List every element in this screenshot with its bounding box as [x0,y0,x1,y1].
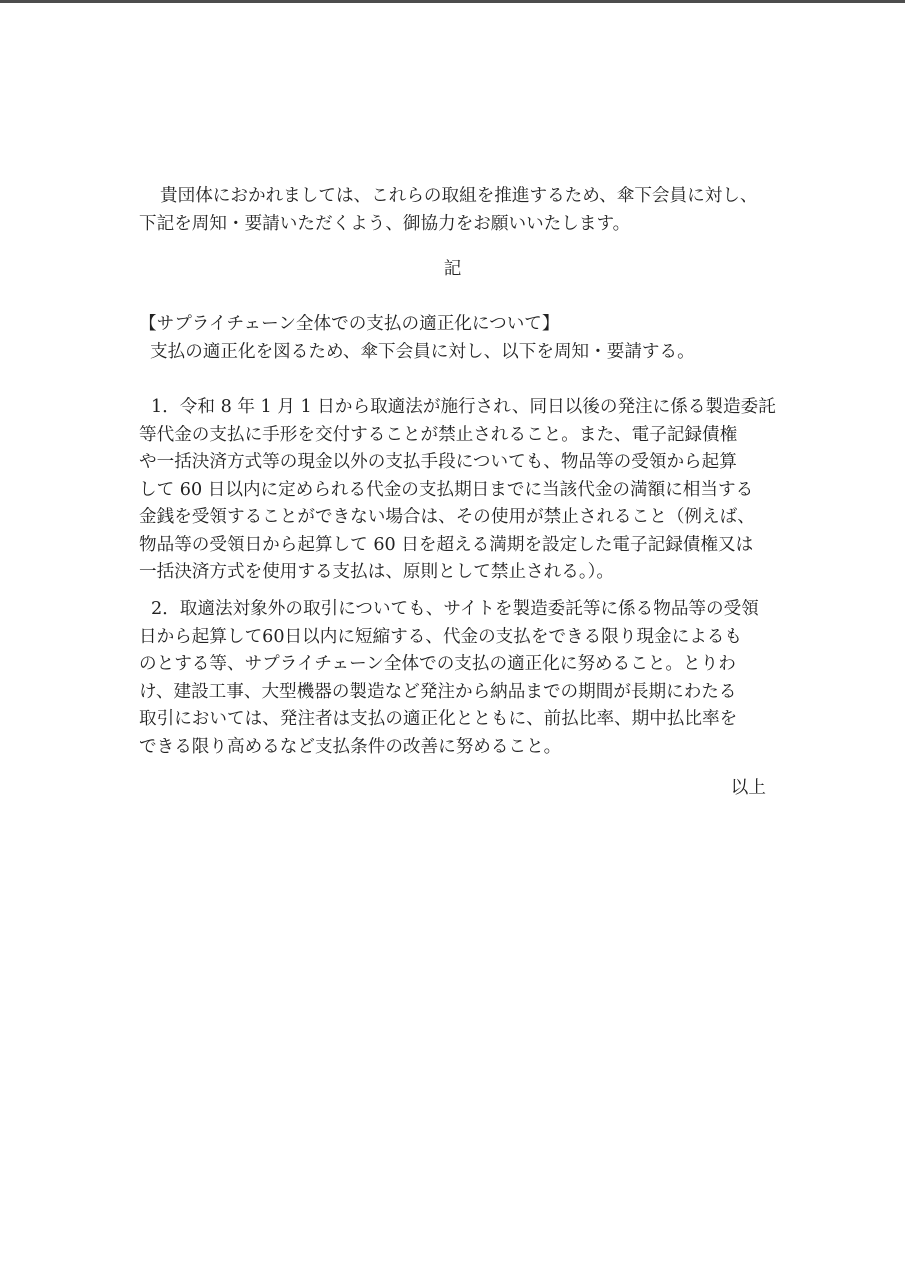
item2-line-4: け、建設工事、大型機器の製造など発注から納品までの期間が長期にわたる [139,679,766,707]
closing-marker: 以上 [139,775,766,803]
item1-line-1: 1．令和 8 年 1 月 1 日から取適法が施行され、同日以後の発注に係る製造委… [139,394,766,422]
intro-line-2: 下記を周知・要請いただくよう、御協力をお願いいたします。 [139,211,766,239]
record-marker: 記 [139,256,766,284]
item1-line-4: して 60 日以内に定められる代金の支払期日までに当該代金の満額に相当する [139,477,766,505]
item2-line-6: できる限り高めるなど支払条件の改善に努めること。 [139,734,766,762]
item2-line-2: 日から起算して60日以内に短縮する、代金の支払をできる限り現金によるも [139,624,766,652]
item1-line-3: や一括決済方式等の現金以外の支払手段についても、物品等の受領から起算 [139,449,766,477]
section-heading: 【サプライチェーン全体での支払の適正化について】 [139,311,766,339]
intro-paragraph: 貴団体におかれましては、これらの取組を推進するため、傘下会員に対し、 下記を周知… [139,183,766,238]
item1-line-6: 物品等の受領日から起算して 60 日を超える満期を設定した電子記録債権又は [139,532,766,560]
intro-line-1: 貴団体におかれましては、これらの取組を推進するため、傘下会員に対し、 [139,183,766,211]
item1-line-7: 一括決済方式を使用する支払は、原則として禁止される。）。 [139,559,766,587]
document-page: 貴団体におかれましては、これらの取組を推進するため、傘下会員に対し、 下記を周知… [0,0,905,1280]
item2-line-5: 取引においては、発注者は支払の適正化とともに、前払比率、期中払比率を [139,706,766,734]
section-heading-block: 【サプライチェーン全体での支払の適正化について】 支払の適正化を図るため、傘下会… [139,311,766,366]
item2-line-1: 2．取適法対象外の取引についても、サイトを製造委託等に係る物品等の受領 [139,596,766,624]
item2-line-3: のとする等、サプライチェーン全体での支払の適正化に努めること。とりわ [139,651,766,679]
list-item-1: 1．令和 8 年 1 月 1 日から取適法が施行され、同日以後の発注に係る製造委… [139,394,766,587]
page-content: 貴団体におかれましては、これらの取組を推進するため、傘下会員に対し、 下記を周知… [139,0,766,1280]
item1-line-2: 等代金の支払に手形を交付することが禁止されること。また、電子記録債権 [139,422,766,450]
section-lead: 支払の適正化を図るため、傘下会員に対し、以下を周知・要請する。 [139,339,766,367]
list-item-2: 2．取適法対象外の取引についても、サイトを製造委託等に係る物品等の受領 日から起… [139,596,766,761]
item1-line-5: 金銭を受領することができない場合は、その使用が禁止されること（例えば、 [139,504,766,532]
